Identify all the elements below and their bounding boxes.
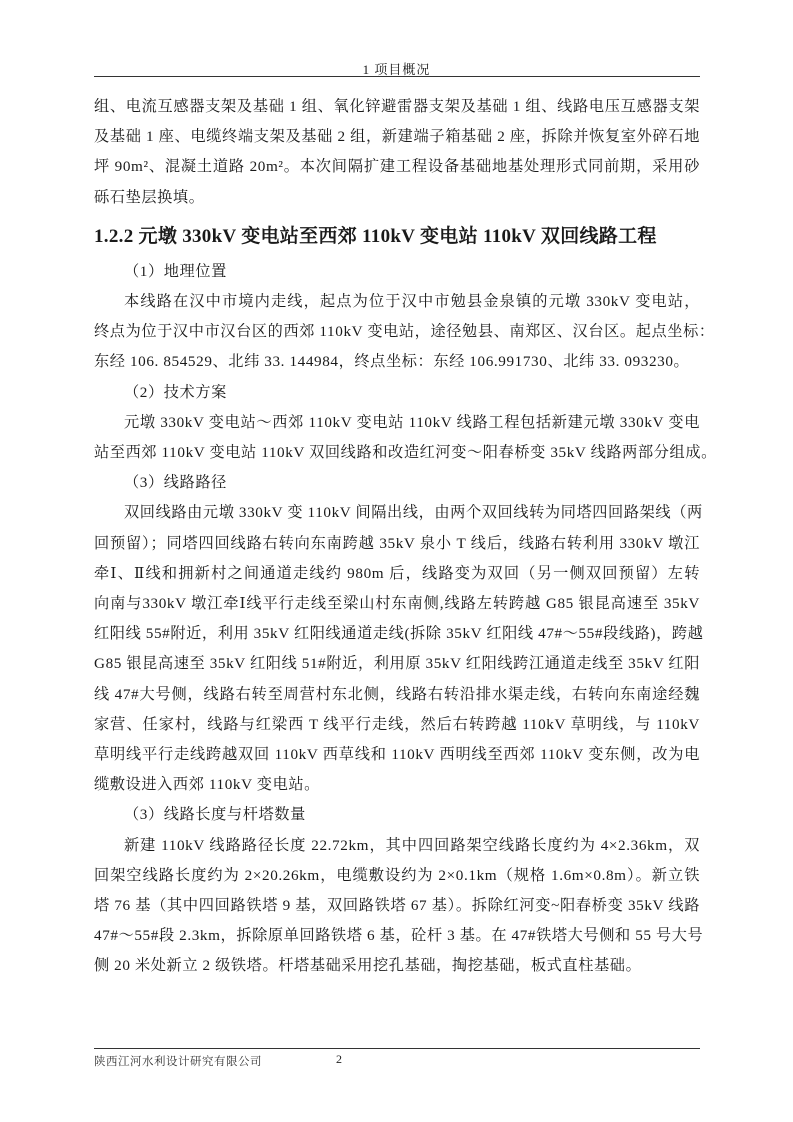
text-line: 站至西郊 110kV 变电站 110kV 双回线路和改造红河变～阳春桥变 35k… (94, 438, 700, 468)
header-divider (94, 76, 700, 77)
document-body: 组、电流互感器支架及基础 1 组、氧化锌避雷器支架及基础 1 组、线路电压互感器… (94, 92, 700, 982)
text-line: 缆敷设进入西郊 110kV 变电站。 (94, 770, 700, 800)
text-line: 回架空线路长度约为 2×20.26km，电缆敷设约为 2×0.1km（规格 1.… (94, 861, 700, 891)
text-line: 回预留）；同塔四回线路右转向东南跨越 35kV 泉小 T 线后，线路右转利用 3… (94, 529, 700, 559)
footer-divider (94, 1048, 700, 1049)
subsection-heading-technical: （2）技术方案 (94, 378, 700, 408)
text-line: 新建 110kV 线路路径长度 22.72km，其中四回路架空线路长度约为 4×… (94, 831, 700, 861)
text-line: 塔 76 基（其中四回路铁塔 9 基，双回路铁塔 67 基）。拆除红河变~阳春桥… (94, 891, 700, 921)
text-line: 向南与330kV 墩江牵Ⅰ线平行走线至梁山村东南侧,线路左转跨越 G85 银昆高… (94, 589, 700, 619)
text-line: 红阳线 55#附近，利用 35kV 红阳线通道走线(拆除 35kV 红阳线 47… (94, 619, 700, 649)
paragraph-location: 本线路在汉中市境内走线，起点为位于汉中市勉县金泉镇的元墩 330kV 变电站， … (94, 287, 700, 378)
page-number: 2 (336, 1052, 342, 1067)
text-line: 草明线平行走线跨越双回 110kV 西草线和 110kV 西明线至西郊 110k… (94, 740, 700, 770)
text-line: 47#～55#段 2.3km，拆除原单回路铁塔 6 基，砼杆 3 基。在 47#… (94, 921, 700, 951)
intro-paragraph: 组、电流互感器支架及基础 1 组、氧化锌避雷器支架及基础 1 组、线路电压互感器… (94, 92, 700, 213)
text-line: 元墩 330kV 变电站～西郊 110kV 变电站 110kV 线路工程包括新建… (94, 408, 700, 438)
text-line: 牵Ⅰ、Ⅱ线和拥新村之间通道走线约 980m 后，线路变为双回（另一侧双回预留）左… (94, 559, 700, 589)
text-line: 砾石垫层换填。 (94, 183, 700, 213)
paragraph-route: 双回线路由元墩 330kV 变 110kV 间隔出线，由两个双回线转为同塔四回路… (94, 498, 700, 800)
subsection-heading-length-towers: （3）线路长度与杆塔数量 (94, 800, 700, 830)
text-line: 坪 90m²、混凝土道路 20m²。本次间隔扩建工程设备基础地基处理形式同前期，… (94, 152, 700, 182)
text-line: 东经 106. 854529、北纬 33. 144984，终点坐标：东经 106… (94, 347, 700, 377)
paragraph-length-towers: 新建 110kV 线路路径长度 22.72km，其中四回路架空线路长度约为 4×… (94, 831, 700, 982)
text-line: 终点为位于汉中市汉台区的西郊 110kV 变电站，途径勉县、南郑区、汉台区。起点… (94, 317, 700, 347)
text-line: 组、电流互感器支架及基础 1 组、氧化锌避雷器支架及基础 1 组、线路电压互感器… (94, 92, 700, 122)
text-line: 本线路在汉中市境内走线，起点为位于汉中市勉县金泉镇的元墩 330kV 变电站， (94, 287, 700, 317)
section-heading: 1.2.2 元墩 330kV 变电站至西郊 110kV 变电站 110kV 双回… (94, 219, 700, 255)
text-line: G85 银昆高速至 35kV 红阳线 51#附近，利用原 35kV 红阳线跨江通… (94, 649, 700, 679)
text-line: 家营、任家村，线路与红梁西 T 线平行走线，然后右转跨越 110kV 草明线，与… (94, 710, 700, 740)
text-line: 双回线路由元墩 330kV 变 110kV 间隔出线，由两个双回线转为同塔四回路… (94, 498, 700, 528)
text-line: 线 47#大号侧，线路右转至周营村东北侧，线路右转沿排水渠走线，右转向东南途经魏 (94, 680, 700, 710)
subsection-heading-location: （1）地理位置 (94, 257, 700, 287)
footer-company: 陕西江河水利设计研究有限公司 (94, 1053, 262, 1069)
subsection-heading-route: （3）线路路径 (94, 468, 700, 498)
text-line: 侧 20 米处新立 2 级铁塔。杆塔基础采用挖孔基础，掏挖基础，板式直柱基础。 (94, 951, 700, 981)
text-line: 及基础 1 座、电缆终端支架及基础 2 组，新建端子箱基础 2 座，拆除并恢复室… (94, 122, 700, 152)
paragraph-technical: 元墩 330kV 变电站～西郊 110kV 变电站 110kV 线路工程包括新建… (94, 408, 700, 468)
